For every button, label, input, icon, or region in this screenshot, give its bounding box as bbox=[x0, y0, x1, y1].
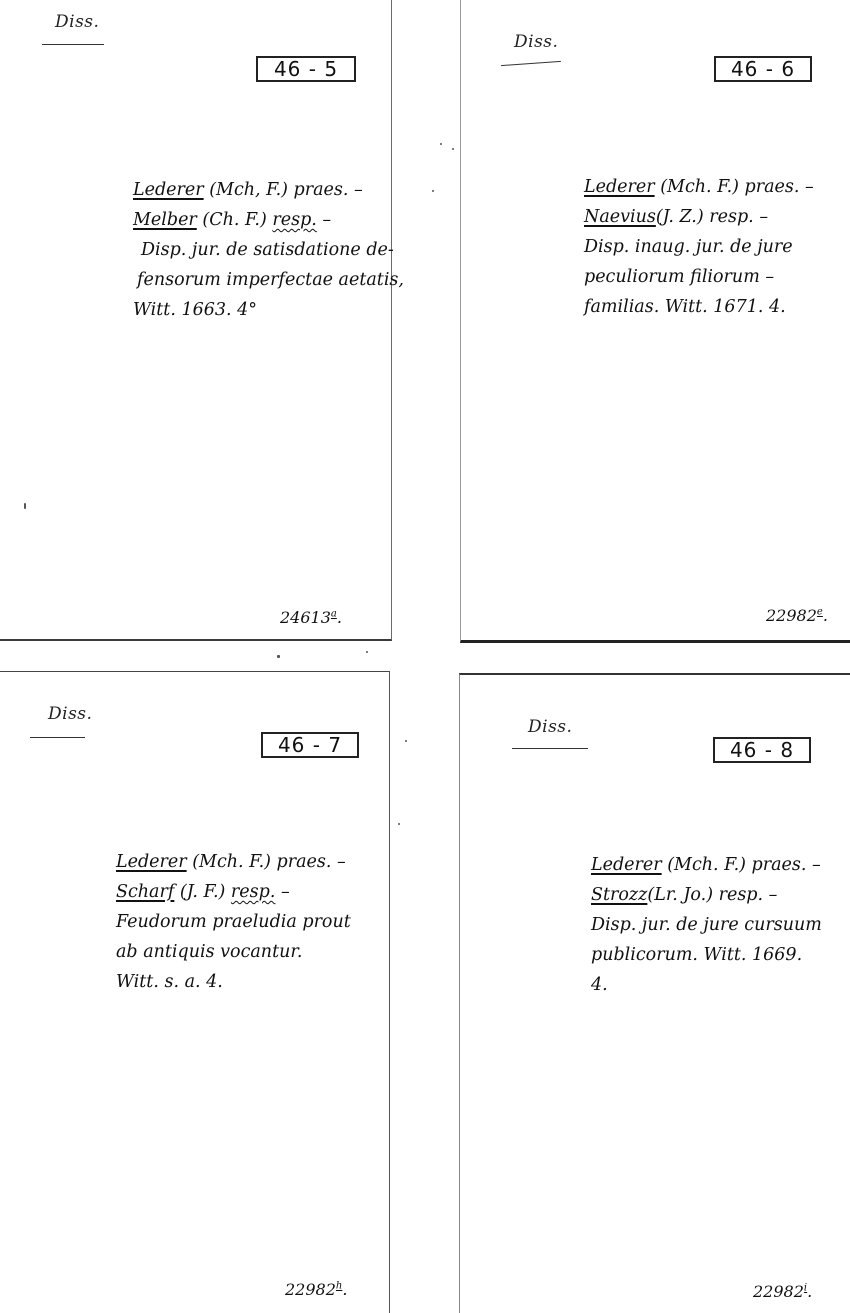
category-label: Diss. bbox=[514, 32, 558, 52]
respondent-line: Scharf (J. F.) resp. – bbox=[116, 877, 351, 907]
praeses-line: Lederer (Mch, F.) praes. – bbox=[133, 175, 404, 205]
call-number-box: 46 - 7 bbox=[261, 732, 359, 758]
imprint-line: familias. Witt. 1671. 4. bbox=[584, 292, 814, 322]
respondent-role: resp. bbox=[709, 207, 753, 227]
title-line: peculiorum filiorum – bbox=[584, 262, 814, 292]
respondent-role: resp. bbox=[231, 882, 275, 902]
respondent-role: resp. bbox=[272, 210, 316, 230]
title-line: fensorum imperfectae aetatis, bbox=[133, 265, 404, 295]
call-number-box: 46 - 6 bbox=[714, 56, 812, 82]
category-label: Diss. bbox=[55, 12, 99, 32]
respondent-line: Melber (Ch. F.) resp. – bbox=[133, 205, 404, 235]
catalog-card-46-5: Diss. 46 - 5 Lederer (Mch, F.) praes. – … bbox=[0, 0, 392, 641]
praeses-name: Lederer bbox=[133, 180, 204, 200]
respondent-name: Strozz bbox=[591, 885, 647, 905]
category-underline bbox=[512, 748, 588, 749]
praeses-initials: (Mch. F.) praes. – bbox=[667, 855, 821, 875]
respondent-dash: – bbox=[317, 210, 331, 230]
call-number-box: 46 - 8 bbox=[713, 737, 811, 763]
praeses-initials: (Mch. F.) praes. – bbox=[660, 177, 814, 197]
category-label: Diss. bbox=[528, 717, 572, 737]
imprint-line: Witt. s. a. 4. bbox=[116, 967, 351, 997]
accession-digits: 22982 bbox=[753, 1282, 804, 1301]
accession-number: 22982e. bbox=[766, 606, 828, 625]
praeses-line: Lederer (Mch. F.) praes. – bbox=[584, 172, 814, 202]
catalog-entry: Lederer (Mch. F.) praes. – Naevius(J. Z.… bbox=[584, 172, 814, 322]
category-underline bbox=[501, 61, 561, 66]
respondent-role: resp. bbox=[719, 885, 763, 905]
accession-suffix: a bbox=[331, 609, 337, 620]
accession-number: 24613a. bbox=[280, 608, 342, 627]
imprint-line: 4. bbox=[591, 970, 822, 1000]
scan-speck bbox=[24, 503, 26, 509]
title-line: Disp. jur. de satisdatione de- bbox=[133, 235, 404, 265]
catalog-entry: Lederer (Mch. F.) praes. – Scharf (J. F.… bbox=[116, 847, 351, 997]
accession-digits: 24613 bbox=[280, 608, 331, 627]
praeses-line: Lederer (Mch. F.) praes. – bbox=[116, 847, 351, 877]
imprint-line: Witt. 1663. 4° bbox=[133, 295, 404, 325]
accession-number: 22982h. bbox=[285, 1280, 347, 1299]
praeses-line: Lederer (Mch. F.) praes. – bbox=[591, 850, 822, 880]
respondent-dash: – bbox=[754, 207, 768, 227]
respondent-name: Melber bbox=[133, 210, 197, 230]
catalog-card-46-6: Diss. 46 - 6 Lederer (Mch. F.) praes. – … bbox=[460, 0, 850, 643]
title-line: Disp. jur. de jure cursuum bbox=[591, 910, 822, 940]
respondent-initials: (Ch. F.) bbox=[202, 210, 266, 230]
catalog-card-46-8: Diss. 46 - 8 Lederer (Mch. F.) praes. – … bbox=[459, 673, 850, 1313]
accession-suffix: i bbox=[804, 1283, 807, 1294]
praeses-name: Lederer bbox=[116, 852, 187, 872]
call-number-box: 46 - 5 bbox=[256, 56, 356, 82]
respondent-initials: (Lr. Jo.) bbox=[647, 885, 713, 905]
scan-speck bbox=[277, 655, 280, 658]
respondent-name: Scharf bbox=[116, 882, 174, 902]
praeses-initials: (Mch, F.) praes. – bbox=[209, 180, 363, 200]
praeses-name: Lederer bbox=[591, 855, 662, 875]
category-label: Diss. bbox=[48, 704, 92, 724]
respondent-initials: (J. F.) bbox=[180, 882, 225, 902]
accession-suffix: e bbox=[817, 607, 823, 618]
respondent-name: Naevius bbox=[584, 207, 656, 227]
scan-speck bbox=[366, 651, 368, 653]
respondent-line: Strozz(Lr. Jo.) resp. – bbox=[591, 880, 822, 910]
title-line: ab antiquis vocantur. bbox=[116, 937, 351, 967]
respondent-dash: – bbox=[275, 882, 289, 902]
catalog-entry: Lederer (Mch, F.) praes. – Melber (Ch. F… bbox=[133, 175, 404, 325]
accession-suffix: h bbox=[336, 1281, 342, 1292]
catalog-entry: Lederer (Mch. F.) praes. – Strozz(Lr. Jo… bbox=[591, 850, 822, 1000]
catalog-card-46-7: Diss. 46 - 7 Lederer (Mch. F.) praes. – … bbox=[0, 671, 390, 1313]
title-line: publicorum. Witt. 1669. bbox=[591, 940, 822, 970]
category-underline bbox=[42, 44, 104, 45]
scan-speck bbox=[405, 740, 407, 742]
respondent-line: Naevius(J. Z.) resp. – bbox=[584, 202, 814, 232]
scan-speck bbox=[432, 190, 434, 192]
respondent-dash: – bbox=[763, 885, 777, 905]
scan-speck bbox=[452, 148, 454, 150]
accession-digits: 22982 bbox=[285, 1280, 336, 1299]
title-line: Feudorum praeludia prout bbox=[116, 907, 351, 937]
title-line: Disp. inaug. jur. de jure bbox=[584, 232, 814, 262]
scan-speck bbox=[440, 143, 442, 145]
category-underline bbox=[30, 737, 85, 738]
scan-speck bbox=[398, 823, 400, 825]
praeses-name: Lederer bbox=[584, 177, 655, 197]
accession-digits: 22982 bbox=[766, 606, 817, 625]
accession-number: 22982i. bbox=[753, 1282, 812, 1301]
respondent-initials: (J. Z.) bbox=[656, 207, 704, 227]
praeses-initials: (Mch. F.) praes. – bbox=[192, 852, 346, 872]
